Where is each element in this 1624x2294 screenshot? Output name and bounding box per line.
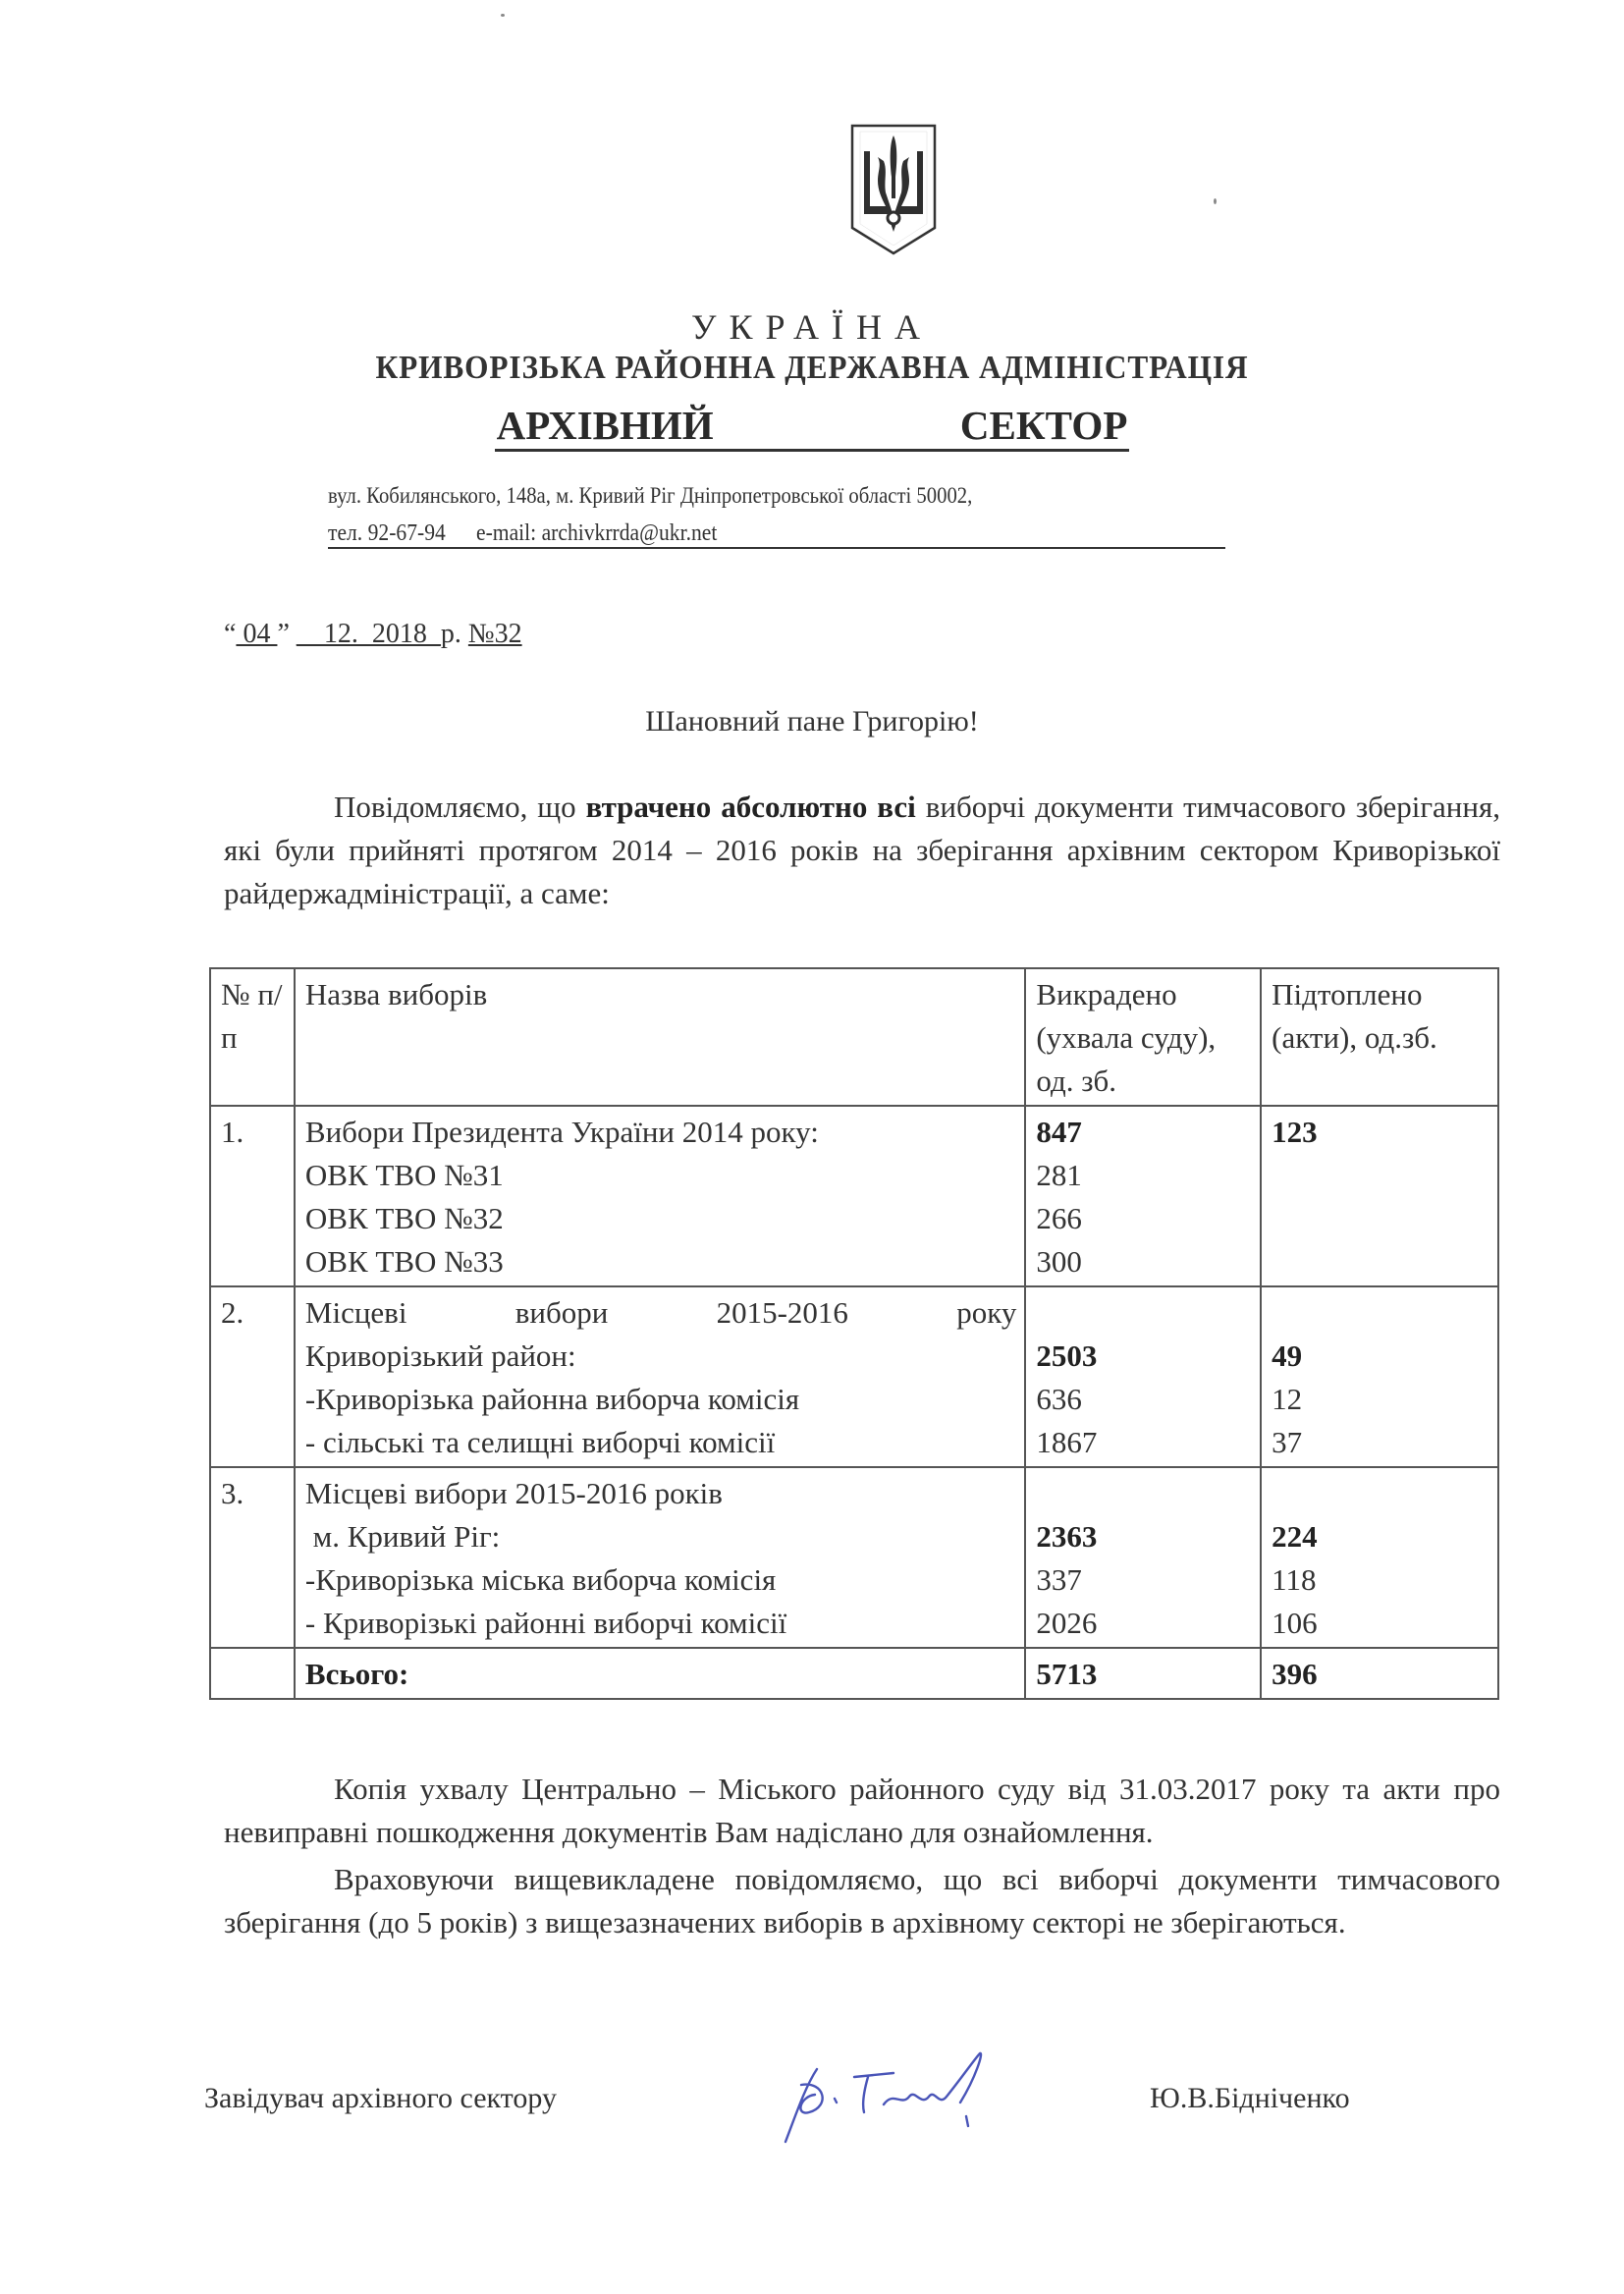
country-heading: УКРАЇНА [0,306,1624,348]
flooded-line [1272,1240,1489,1284]
intro-text-start: Повідомляємо, що [334,790,586,824]
total-label-cell: Всього: [295,1648,1025,1699]
row-number: 3. [210,1467,295,1648]
flooded-line: 106 [1272,1602,1489,1645]
date-open-quote: “ [224,619,236,649]
salutation: Шановний пане Григорію! [0,705,1624,738]
stolen-line [1036,1472,1252,1515]
flooded-line [1272,1291,1489,1335]
stolen-line: 847 [1036,1111,1252,1154]
flooded-value: 224 [1272,1519,1318,1554]
flooded-value: 123 [1272,1115,1318,1149]
election-name-line: - сільські та селищні виборчі комісії [305,1421,1016,1464]
stolen-value: 2026 [1036,1606,1097,1640]
election-name-cell: Вибори Президента України 2014 року:ОВК … [295,1106,1025,1286]
contact-line: тел. 92-67-94 e-mail: archivkrrda@ukr.ne… [328,520,1225,549]
flooded-cell: 224118106 [1261,1467,1498,1648]
stolen-value: 337 [1036,1562,1082,1597]
stolen-value: 2363 [1036,1519,1097,1554]
stolen-line: 281 [1036,1154,1252,1197]
scan-speck [501,14,505,17]
stolen-line: 266 [1036,1197,1252,1240]
flooded-line: 12 [1272,1378,1489,1421]
flooded-value: 37 [1272,1425,1302,1459]
intro-text-emphasis: втрачено абсолютно всі [586,790,916,824]
election-name-line: м. Кривий Ріг: [305,1515,1016,1558]
department-heading: АРХІВНИЙ СЕКТОР [0,402,1624,449]
election-name-line: ОВК ТВО №32 [305,1197,1016,1240]
document-number: №32 [468,619,522,649]
election-name-line: ОВК ТВО №33 [305,1240,1016,1284]
flooded-cell: 123 [1261,1106,1498,1286]
stolen-line: 337 [1036,1558,1252,1602]
flooded-line [1272,1472,1489,1515]
stolen-line [1036,1291,1252,1335]
table-row: 1.Вибори Президента України 2014 року:ОВ… [210,1106,1498,1286]
date-day: 04 [236,619,277,649]
flooded-cell: 491237 [1261,1286,1498,1467]
row-number: 1. [210,1106,295,1286]
election-name-line: Вибори Президента України 2014 року: [305,1111,1016,1154]
phone-number: тел. 92-67-94 [328,520,446,547]
total-label: Всього: [305,1657,408,1691]
stolen-value: 847 [1036,1115,1082,1149]
stolen-value: 281 [1036,1158,1082,1192]
header-election-name: Назва виборів [295,968,1025,1106]
flooded-line: 37 [1272,1421,1489,1464]
stolen-value: 1867 [1036,1425,1097,1459]
election-name-cell: Місцеві вибори 2015-2016 років м. Кривий… [295,1467,1025,1648]
stolen-cell: 847281266300 [1025,1106,1261,1286]
stolen-value: 266 [1036,1201,1082,1235]
row-number: 2. [210,1286,295,1467]
handwritten-signature-icon [766,2048,1100,2156]
date-month-year: __12. 2018_ [297,619,441,649]
stolen-value: 636 [1036,1382,1082,1416]
table-row: 2.Місцеві вибори 2015-2016 рокуКриворізь… [210,1286,1498,1467]
header-stolen: Викрадено (ухвала суду), од. зб. [1025,968,1261,1106]
election-name-line: Місцеві вибори 2015-2016 років [305,1472,1016,1515]
stolen-line: 2026 [1036,1602,1252,1645]
election-name-line: Криворізький район: [305,1335,1016,1378]
election-name-line: Місцеві вибори 2015-2016 року [305,1291,1016,1335]
signatory-role: Завідувач архівного сектору [204,2082,557,2115]
department-title: АРХІВНИЙ СЕКТОР [495,403,1130,452]
flooded-value: 49 [1272,1338,1302,1373]
total-number-cell [210,1648,295,1699]
stolen-cell: 25036361867 [1025,1286,1261,1467]
stolen-line: 300 [1036,1240,1252,1284]
flooded-line [1272,1154,1489,1197]
total-flooded: 396 [1272,1657,1318,1691]
stolen-value: 2503 [1036,1338,1097,1373]
flooded-line: 224 [1272,1515,1489,1558]
flooded-line: 123 [1272,1111,1489,1154]
flooded-line: 118 [1272,1558,1489,1602]
body-paragraph-copy-notice: Копія ухвалу Центрально – Міського район… [224,1768,1500,1854]
election-name-line: -Криворізька районна виборча комісія [305,1378,1016,1421]
table-header-row: № п/п Назва виборів Викрадено (ухвала су… [210,968,1498,1106]
body-paragraph-intro: Повідомляємо, що втрачено абсолютно всі … [224,786,1500,915]
lost-documents-table: № п/п Назва виборів Викрадено (ухвала су… [209,967,1499,1700]
body-paragraph-conclusion: Враховуючи вищевикладене повідомляємо, щ… [224,1858,1500,1944]
total-flooded-cell: 396 [1261,1648,1498,1699]
stolen-line: 1867 [1036,1421,1252,1464]
table-total-row: Всього:5713396 [210,1648,1498,1699]
header-flooded: Підтоплено (акти), од.зб. [1261,968,1498,1106]
table-row: 3.Місцеві вибори 2015-2016 років м. Крив… [210,1467,1498,1648]
stolen-line: 636 [1036,1378,1252,1421]
scan-speck [1214,198,1217,204]
address-line: вул. Кобилянського, 148а, м. Кривий Ріг … [328,483,972,509]
stolen-cell: 23633372026 [1025,1467,1261,1648]
stolen-line: 2503 [1036,1335,1252,1378]
flooded-value: 106 [1272,1606,1318,1640]
election-name-cell: Місцеві вибори 2015-2016 рокуКриворізьки… [295,1286,1025,1467]
stolen-value: 300 [1036,1244,1082,1279]
flooded-value: 118 [1272,1562,1316,1597]
election-name-line: - Криворізькі районні виборчі комісії [305,1602,1016,1645]
date-and-number: “ 04 ” __12. 2018_р. №32 [224,619,522,650]
signatory-name: Ю.В.Бідніченко [1150,2082,1350,2115]
total-stolen: 5713 [1036,1657,1097,1691]
organization-heading: КРИВОРІЗЬКА РАЙОННА ДЕРЖАВНА АДМІНІСТРАЦ… [65,350,1559,387]
flooded-value: 12 [1272,1382,1302,1416]
flooded-line: 49 [1272,1335,1489,1378]
email-address: e-mail: archivkrrda@ukr.net [476,520,717,547]
date-close-quote: ” [277,619,289,649]
election-name-line: -Криворізька міська виборча комісія [305,1558,1016,1602]
header-number: № п/п [210,968,295,1106]
total-stolen-cell: 5713 [1025,1648,1261,1699]
stolen-line: 2363 [1036,1515,1252,1558]
date-year-suffix: р. [441,619,461,649]
flooded-line [1272,1197,1489,1240]
election-name-line: ОВК ТВО №31 [305,1154,1016,1197]
ukraine-trident-emblem-icon [848,122,939,257]
